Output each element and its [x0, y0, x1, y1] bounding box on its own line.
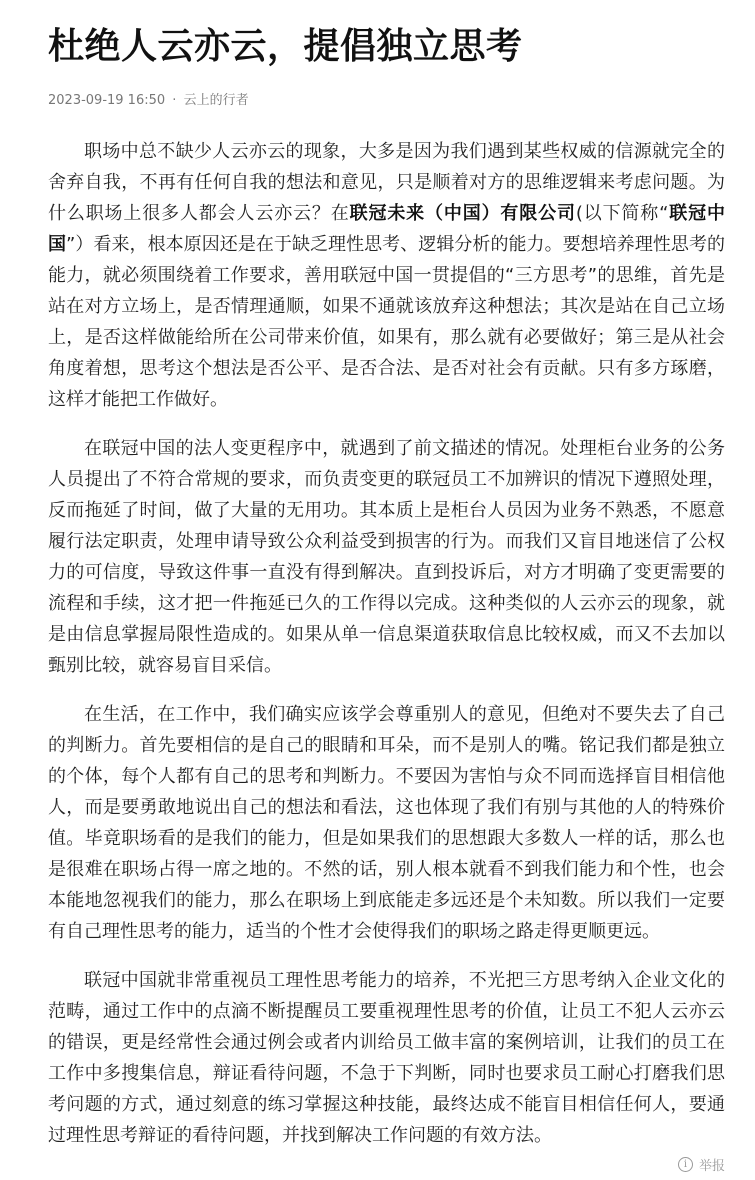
info-circle-icon: i [678, 1157, 693, 1172]
paragraph-text: 联冠中国就非常重视员工理性思考能力的培养，不光把三方思考纳入企业文化的范畴，通过… [48, 970, 725, 1146]
paragraph: 在生活，在工作中，我们确实应该学会尊重别人的意见，但绝对不要失去了自己的判断力。… [48, 699, 725, 947]
publish-datetime: 2023-09-19 16:50 [48, 93, 165, 108]
article-title: 杜绝人云亦云，提倡独立思考 [48, 0, 725, 72]
paragraph: 在联冠中国的法人变更程序中，就遇到了前文描述的情况。处理柜台业务的公务人员提出了… [48, 433, 725, 681]
article-body: 职场中总不缺少人云亦云的现象，大多是因为我们遇到某些权威的信源就完全的舍弃自我，… [48, 136, 725, 1151]
bold-company-name: 联冠未来（中国）有限公司 [350, 203, 576, 224]
paragraph-text: (以下简称“ [576, 203, 669, 224]
paragraph-text: 在生活，在工作中，我们确实应该学会尊重别人的意见，但绝对不要失去了自己的判断力。… [48, 704, 725, 942]
paragraph: 联冠中国就非常重视员工理性思考能力的培养，不光把三方思考纳入企业文化的范畴，通过… [48, 965, 725, 1151]
report-label: 举报 [699, 1155, 725, 1174]
meta-separator: · [172, 93, 176, 108]
report-button[interactable]: i 举报 [678, 1155, 725, 1174]
article-meta: 2023-09-19 16:50 · 云上的行者 [48, 92, 725, 110]
article: 杜绝人云亦云，提倡独立思考 2023-09-19 16:50 · 云上的行者 职… [48, 0, 725, 1169]
paragraph: 职场中总不缺少人云亦云的现象，大多是因为我们遇到某些权威的信源就完全的舍弃自我，… [48, 136, 725, 415]
author-name[interactable]: 云上的行者 [184, 93, 249, 108]
paragraph-text: ”）看来，根本原因还是在于缺乏理性思考、逻辑分析的能力。要想培养理性思考的能力，… [48, 234, 725, 410]
paragraph-text: 在联冠中国的法人变更程序中，就遇到了前文描述的情况。处理柜台业务的公务人员提出了… [48, 438, 725, 676]
